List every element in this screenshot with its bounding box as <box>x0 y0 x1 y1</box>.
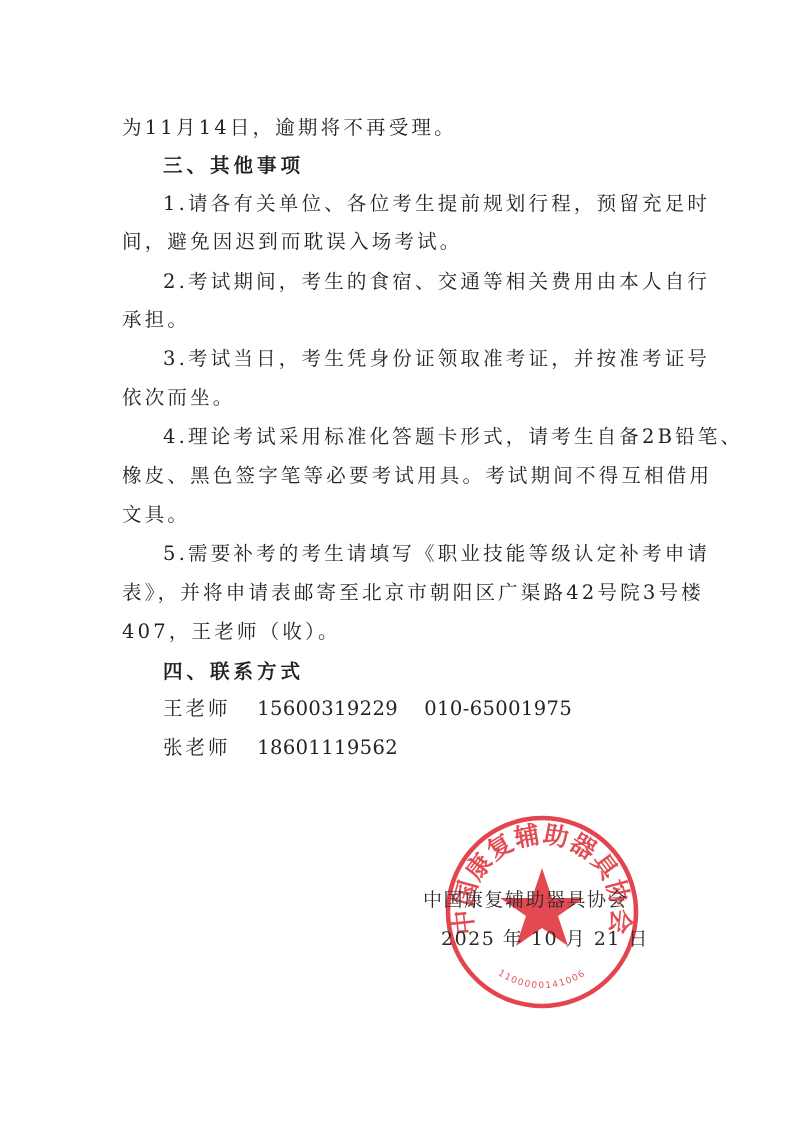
item-5-line-3: 407，王老师（收）。 <box>122 620 341 644</box>
item-1-line-2: 间，避免因迟到而耽误入场考试。 <box>122 230 463 254</box>
item-1-line-1: 1.请各有关单位、各位考生提前规划行程，预留充足时 <box>163 192 710 216</box>
item-4-line-2: 橡皮、黑色签字笔等必要考试用具。考试期间不得互相借用 <box>122 464 712 488</box>
official-seal-icon: 中国康复辅助器具协会 1100000141006 <box>442 812 642 1012</box>
paragraph-continuation: 为11月14日，逾期将不再受理。 <box>122 116 457 140</box>
item-2-line-1: 2.考试期间，考生的食宿、交通等相关费用由本人自行 <box>163 270 710 294</box>
item-5-line-1: 5.需要补考的考生请填写《职业技能等级认定补考申请 <box>163 542 710 566</box>
contact-name: 王老师 <box>163 697 251 721</box>
item-5-line-2: 表》，并将申请表邮寄至北京市朝阳区广渠路42号院3号楼 <box>122 581 704 605</box>
item-4-line-3: 文具。 <box>122 503 190 527</box>
contact-name: 张老师 <box>163 736 251 760</box>
section-heading-contact: 四、联系方式 <box>163 660 304 684</box>
item-3-line-1: 3.考试当日，考生凭身份证领取准考证，并按准考证号 <box>163 347 710 371</box>
signature-organization: 中国康复辅助器具协会 <box>423 885 628 912</box>
signature-date: 2025 年 10 月 21 日 <box>441 924 649 951</box>
item-3-line-2: 依次而坐。 <box>122 386 236 410</box>
item-4-line-1: 4.理论考试采用标准化答题卡形式，请考生自备2B铅笔、 <box>163 425 743 449</box>
contact-row: 王老师 15600319229 010-65001975 <box>163 697 592 721</box>
contact-row: 张老师 18601119562 <box>163 736 418 760</box>
item-2-line-2: 承担。 <box>122 308 190 332</box>
contact-mobile: 18601119562 <box>257 736 398 760</box>
contact-landline: 010-65001975 <box>424 697 572 721</box>
contact-mobile: 15600319229 <box>257 697 398 721</box>
svg-text:1100000141006: 1100000141006 <box>496 968 588 991</box>
section-heading-other-matters: 三、其他事项 <box>163 154 304 178</box>
